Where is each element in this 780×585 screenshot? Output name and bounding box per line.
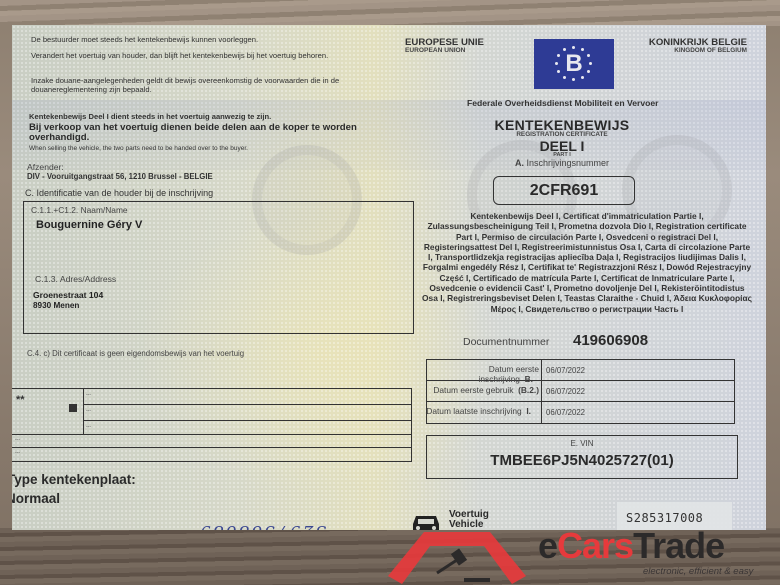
- divider: [83, 389, 84, 434]
- ownership-note: C.4. c) Dit certificaat is geen eigendom…: [27, 349, 244, 358]
- sender-address: DIV - Vooruitgangstraat 56, 1210 Brussel…: [27, 172, 213, 181]
- notice-keep-in-vehicle: Kentekenbewijs Deel I dient steeds in he…: [29, 112, 409, 121]
- auction-gavel-roof-icon: [382, 528, 532, 585]
- first-registration-date: 06/07/2022: [546, 366, 585, 375]
- date-row-first-registration: Datum eerste inschrijving B.: [426, 364, 539, 384]
- plus-square-icon: [69, 404, 77, 412]
- serial-number: S285317008: [626, 511, 703, 525]
- notice-driver: De bestuurder moet steeds het kentekenbe…: [31, 35, 401, 44]
- document-number-label: Documentnummer: [463, 336, 549, 348]
- vin-value: TMBEE6PJ5N4025727(01): [427, 452, 737, 469]
- notice-sale-english: When selling the vehicle, the two parts …: [29, 145, 409, 152]
- ecarstrade-logo: eCarsTrade: [538, 526, 724, 566]
- document-number: 419606908: [573, 332, 648, 349]
- plate-type-value: Normaal: [12, 491, 60, 506]
- registration-number-label: A. Inschrijvingsnummer: [482, 158, 642, 168]
- vin-box: E. VIN TMBEE6PJ5N4025727(01): [426, 435, 738, 479]
- wood-background-top: [0, 0, 780, 26]
- notice-holder-change: Verandert het voertuig van houder, dan b…: [31, 51, 351, 60]
- name-label: C.1.1.+C1.2. Naam/Name: [31, 205, 128, 215]
- stars-marker: **: [16, 394, 25, 406]
- date-row-last-registration: Datum laatste inschrijving I.: [426, 406, 539, 416]
- address-line2: 8930 Menen: [33, 301, 79, 310]
- vin-label: E. VIN: [427, 439, 737, 448]
- divider: [426, 401, 735, 402]
- registration-number: 2CFR691: [493, 176, 635, 205]
- multilingual-title-list: Kentekenbewijs Deel I, Certificat d'imma…: [422, 211, 752, 314]
- kingdom-label-english: KINGDOM OF BELGIUM: [629, 47, 747, 54]
- holder-name: Bouguernine Géry V: [36, 219, 142, 231]
- holder-box: C.1.1.+C1.2. Naam/Name Bouguernine Géry …: [23, 201, 414, 334]
- country-letter: B: [534, 39, 614, 89]
- certificate-title-english: REGISTRATION CERTIFICATE: [482, 131, 642, 138]
- address-line1: Groenestraat 104: [33, 290, 103, 300]
- placeholder-dash: ---: [86, 424, 91, 430]
- date-row-first-use: Datum eerste gebruik (B.2.): [426, 385, 539, 395]
- placeholder-dash: ---: [15, 450, 20, 456]
- divider: [12, 447, 411, 448]
- divider: [83, 420, 411, 421]
- notice-customs: Inzake douane-aangelegenheden geldt dit …: [31, 76, 401, 94]
- divider: [83, 404, 411, 405]
- divider: [541, 360, 542, 423]
- first-use-date: 06/07/2022: [546, 387, 585, 396]
- additional-info-box: [12, 388, 412, 462]
- eu-label-english: EUROPEAN UNION: [405, 47, 465, 54]
- notice-sale: Bij verkoop van het voertuig dienen beid…: [29, 123, 359, 143]
- holder-section-label: C. Identificatie van de houder bij de in…: [25, 188, 213, 198]
- handwritten-note: 3297568689: [198, 521, 326, 530]
- plate-type-label: Type kentekenplaat:: [12, 472, 136, 487]
- authority-name: Federale Overheidsdienst Mobiliteit en V…: [467, 98, 659, 108]
- ecarstrade-tagline: electronic, efficient & easy: [643, 566, 753, 577]
- sender-label: Afzender:: [27, 162, 64, 172]
- eu-belgium-flag: B: [534, 39, 614, 89]
- placeholder-dash: ---: [86, 408, 91, 414]
- registration-certificate-document: De bestuurder moet steeds het kentekenbe…: [12, 25, 766, 530]
- last-registration-date: 06/07/2022: [546, 408, 585, 417]
- placeholder-dash: ---: [86, 392, 91, 398]
- address-label: C.1.3. Adres/Address: [35, 274, 116, 284]
- placeholder-dash: ---: [15, 437, 20, 443]
- divider: [12, 434, 411, 435]
